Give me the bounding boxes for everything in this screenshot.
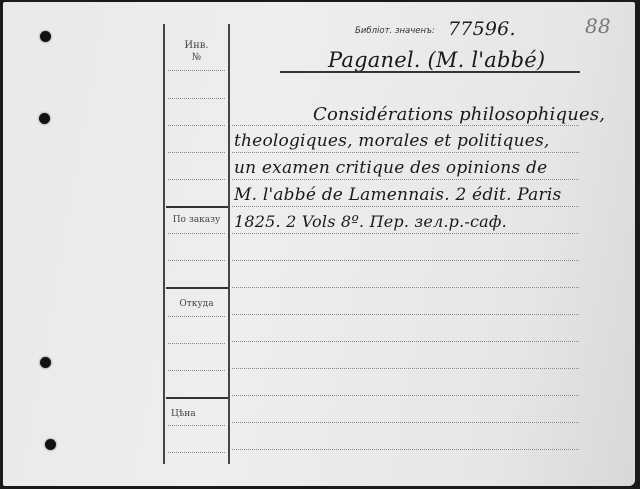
left-rule [168,179,225,180]
body-rule [232,368,579,369]
left-rule [168,152,225,153]
source-label: Откуда [165,299,228,309]
body-rule [232,260,579,261]
body-rule [232,233,579,234]
title-line-4: M. l'abbé de Lamennais. 2 édit. Paris [234,185,561,205]
left-column-divider [228,24,230,464]
left-rule [168,98,225,99]
order-label: По заказу [165,215,228,225]
body-rule [232,152,579,153]
body-rule [232,314,579,315]
inv-label: Инв. [165,40,228,51]
author-name: Paganel. (M. l'abbé) [328,48,545,72]
left-rule [168,343,225,344]
punch-hole-icon [39,113,50,124]
punch-hole-icon [45,439,56,450]
left-rule [168,233,225,234]
left-rule [168,452,225,453]
body-rule [232,125,579,126]
corner-number: 88 [585,14,611,38]
body-rule [232,179,579,180]
body-rule [232,395,579,396]
body-rule [232,449,579,450]
left-rule [168,70,225,71]
left-rule [168,260,225,261]
body-rule [232,206,579,207]
punch-hole-icon [40,31,51,42]
title-line-2: theologiques, morales et politiques, [234,131,550,151]
left-rule [168,370,225,371]
price-label: Цѣна [171,409,201,419]
punch-hole-icon [40,357,51,368]
title-line-5: 1825. 2 Vols 8º. Пер. зел.р.-саф. [234,212,507,231]
body-rule [232,341,579,342]
title-line-3: un examen critique des opinions de [234,158,547,178]
left-column-border [163,24,165,464]
library-mark-label: Библіот. значенъ: [355,26,435,36]
section-divider [166,287,228,289]
section-divider [166,397,228,399]
inv-no-label: № [165,52,228,63]
author-underline [280,71,580,73]
body-rule [232,287,579,288]
catalog-card: Библіот. значенъ: 77596. 88 Paganel. (M.… [3,2,635,486]
title-line-1: Considérations philosophiques, [313,104,605,125]
library-mark-value: 77596. [448,18,516,40]
left-rule [168,316,225,317]
section-divider [166,206,228,208]
left-rule [168,425,225,426]
left-rule [168,125,225,126]
body-rule [232,422,579,423]
